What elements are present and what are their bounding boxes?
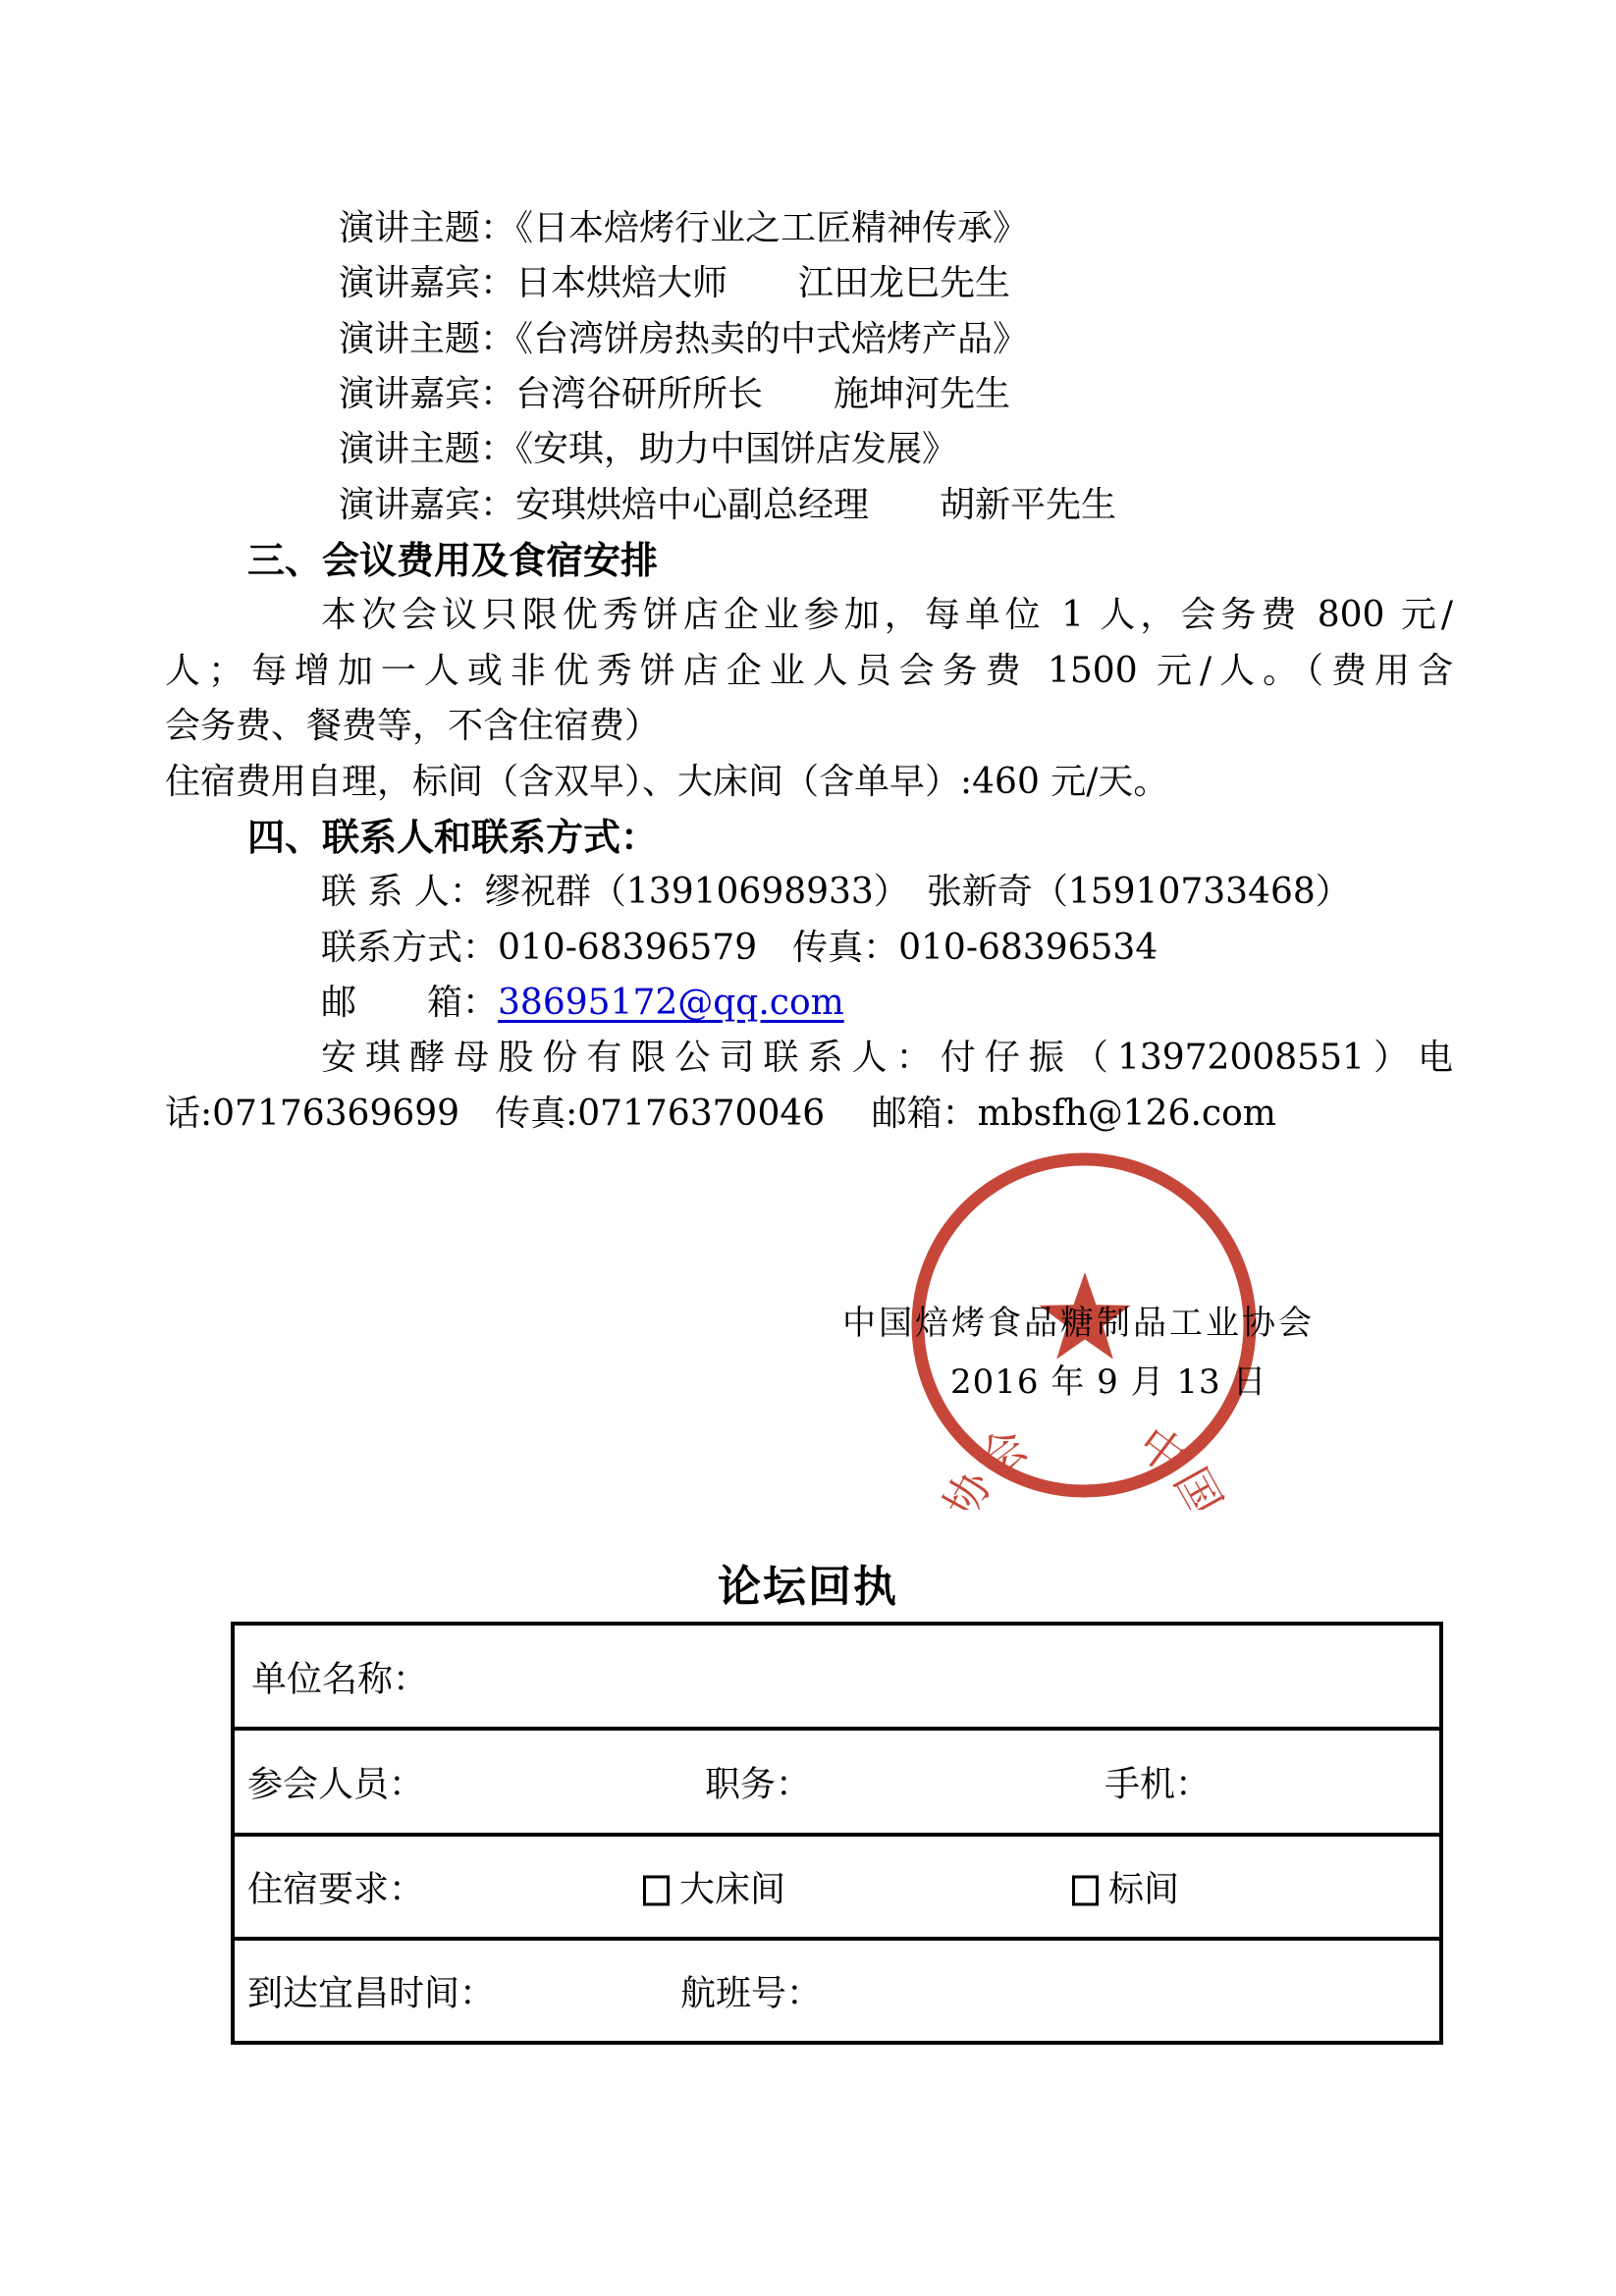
position-label: 职务： xyxy=(705,1757,811,1807)
speech-topic-line-2: 演讲主题：《台湾饼房热卖的中式焙烤产品》 xyxy=(0,312,1616,367)
standard-room-label: 标间 xyxy=(1108,1870,1179,1910)
attendee-label: 参会人员： xyxy=(247,1757,424,1807)
document-page: 演讲主题：《日本焙烤行业之工匠精神传承》 演讲嘉宾：日本烘焙大师 江田龙巳先生 … xyxy=(0,0,1616,2296)
contact-email-line: 邮 箱：38695172@qq.com xyxy=(0,976,1616,1031)
signature-date: 2016 年 9 月 13 日 xyxy=(950,1355,1266,1403)
contact-persons-line: 联 系 人：缪祝群（13910698933） 张新奇（15910733468） xyxy=(0,865,1616,920)
speech-guest-line-3: 演讲嘉宾：安琪烘焙中心副总经理 胡新平先生 xyxy=(0,478,1616,533)
table-row-arrival: 到达宜昌时间： 航班号： xyxy=(235,1937,1439,2041)
email-label: 邮 箱： xyxy=(321,983,498,1023)
table-row-company: 单位名称： xyxy=(235,1626,1439,1727)
section3-paragraph-line-3: 会务费、餐费等，不含住宿费） xyxy=(0,699,1616,754)
standard-room-option: 标间 xyxy=(1072,1862,1179,1912)
checkbox-standard-room[interactable] xyxy=(1072,1876,1099,1906)
email-link[interactable]: 38695172@qq.com xyxy=(498,983,844,1023)
signature-organization: 中国焙烤食品糖制品工业协会 xyxy=(842,1296,1315,1344)
table-row-attendee: 参会人员： 职务： 手机： xyxy=(235,1727,1439,1833)
reply-form-title: 论坛回执 xyxy=(0,1551,1616,1614)
section3-heading: 三、会议费用及食宿安排 xyxy=(0,533,1616,588)
section4-heading: 四、联系人和联系方式： xyxy=(0,810,1616,865)
speech-topic-line-1: 演讲主题：《日本焙烤行业之工匠精神传承》 xyxy=(0,201,1616,256)
speech-topic-line-3: 演讲主题：《安琪，助力中国饼店发展》 xyxy=(0,422,1616,477)
speech-guest-line-2: 演讲嘉宾：台湾谷研所所长 施坤河先生 xyxy=(0,367,1616,422)
king-room-option: 大床间 xyxy=(643,1862,785,1912)
angel-contact-line-2: 话:07176369699 传真:07176370046 邮箱：mbsfh@12… xyxy=(0,1087,1616,1142)
section3-paragraph-line-4: 住宿费用自理，标间（含双早）、大床间（含单早）:460 元/天。 xyxy=(0,755,1616,810)
king-room-label: 大床间 xyxy=(679,1870,785,1910)
reply-form-table: 单位名称： 参会人员： 职务： 手机： 住宿要求： 大床间 标间 到达宜昌时间：… xyxy=(231,1622,1443,2045)
arrival-time-label: 到达宜昌时间： xyxy=(247,1966,495,2016)
speech-guest-line-1: 演讲嘉宾：日本烘焙大师 江田龙巳先生 xyxy=(0,256,1616,311)
table-row-lodging: 住宿要求： 大床间 标间 xyxy=(235,1833,1439,1937)
contact-phone-fax-line: 联系方式：010-68396579 传真：010-68396534 xyxy=(0,921,1616,976)
company-name-label: 单位名称： xyxy=(251,1651,428,1701)
angel-contact-line: 安琪酵母股份有限公司联系人：付仔振（13972008551）电 xyxy=(321,1031,1453,1086)
section3-paragraph-line-2: 人；每增加一人或非优秀饼店企业人员会务费 1500 元/人。（费用含 xyxy=(165,644,1453,699)
section3-paragraph-line-1: 本次会议只限优秀饼店企业参加，每单位 1 人，会务费 800 元/ xyxy=(321,588,1453,643)
checkbox-king-room[interactable] xyxy=(643,1876,670,1906)
mobile-label: 手机： xyxy=(1104,1757,1211,1807)
lodging-label: 住宿要求： xyxy=(247,1862,424,1912)
flight-number-label: 航班号： xyxy=(680,1966,822,2016)
